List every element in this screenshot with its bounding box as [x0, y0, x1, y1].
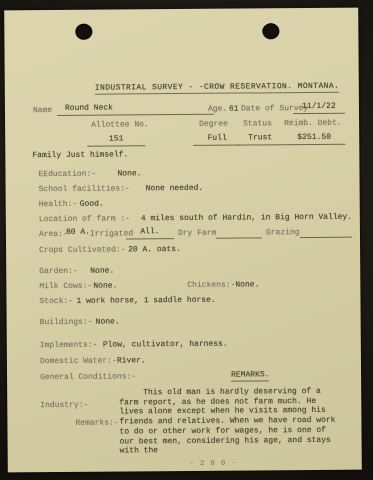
field-general-conditions-label: General Conditions:- — [40, 372, 136, 382]
field-school-facilities-label: School facilities:- — [39, 184, 130, 194]
punch-hole-right-icon — [262, 23, 279, 39]
punch-hole-left-icon — [75, 24, 92, 40]
allottee-no-label: Allottee No. — [91, 120, 149, 129]
age-value: 61 — [229, 105, 239, 114]
name-value: Round Neck — [57, 103, 214, 116]
field-domestic-water-value: River. — [117, 356, 146, 365]
field-irrigated-value: All. — [126, 227, 174, 239]
field-garden-value: None. — [90, 267, 114, 276]
field-education-value: None. — [117, 169, 141, 178]
field-implements-label: Implements:- — [40, 341, 98, 350]
degree-value: Full — [193, 134, 241, 146]
date-of-survey-value: 11/1/22 — [293, 102, 345, 114]
field-chickens-label: Chickens:- — [187, 281, 235, 290]
field-location-label: Location of farm :- — [39, 214, 130, 224]
field-crops-label: Crops Cultivated:- — [39, 245, 125, 255]
field-garden-label: Garden:- — [39, 267, 77, 276]
scan-background: INDUSTRIAL SURVEY - -CROW RESERVATION. M… — [0, 0, 373, 480]
reimb-debt-label: Reimb. Debt. — [284, 119, 342, 128]
field-area-value: 80 A. — [66, 228, 90, 237]
field-buildings-value: None. — [96, 318, 120, 327]
field-implements-value: Plow, cultivator, harness. — [103, 340, 228, 350]
remarks-text: This old man is hardly deserving of a fa… — [119, 387, 344, 457]
field-stock-label: Stock:- — [39, 297, 73, 306]
field-school-facilities-value: None needed. — [146, 184, 204, 193]
field-remarks-label: Remarks:- — [75, 419, 118, 428]
reimb-debt-value: $251.50 — [283, 133, 345, 145]
degree-label: Degree — [199, 120, 228, 129]
field-location-value: 4 miles south of Hardin, in Big Horn Val… — [141, 213, 352, 224]
age-label: Age. — [208, 105, 227, 114]
name-label: Name — [33, 106, 52, 115]
family-line: Family Just himself. — [32, 150, 128, 160]
field-milk-cows-label: Milk Cows:- — [39, 282, 92, 291]
page-number: - 2 0 0 - — [190, 460, 237, 468]
status-label: Status — [243, 119, 272, 128]
field-health-value: Good. — [80, 200, 104, 209]
document-title: INDUSTRIAL SURVEY - -CROW RESERVATION. M… — [95, 82, 340, 95]
field-grazing-label: Grazing — [266, 228, 300, 237]
field-chickens-value: None. — [235, 280, 259, 289]
field-dry-farm-label: Dry Farm — [178, 229, 216, 238]
field-health-label: Health:- — [39, 200, 77, 209]
field-education-label: EEducation:- — [38, 170, 96, 179]
field-area-label: Area:- — [39, 230, 68, 239]
field-buildings-label: Buildings:- — [40, 318, 93, 327]
field-crops-value: 20 A. oats. — [128, 245, 181, 254]
allottee-no-value: 151 — [87, 134, 145, 146]
field-domestic-water-label: Domestic Water:- — [40, 357, 117, 367]
field-industry-label: Industry:- — [40, 401, 88, 410]
document-page: INDUSTRIAL SURVEY - -CROW RESERVATION. M… — [4, 8, 362, 473]
status-value: Trust — [237, 133, 283, 145]
field-stock-value: 1 work horse, 1 saddle horse. — [76, 296, 215, 306]
field-dry-farm-blank — [216, 226, 262, 238]
field-milk-cows-value: None. — [93, 282, 117, 291]
field-grazing-blank — [300, 226, 352, 238]
remarks-heading: REMARKS. — [231, 370, 269, 381]
